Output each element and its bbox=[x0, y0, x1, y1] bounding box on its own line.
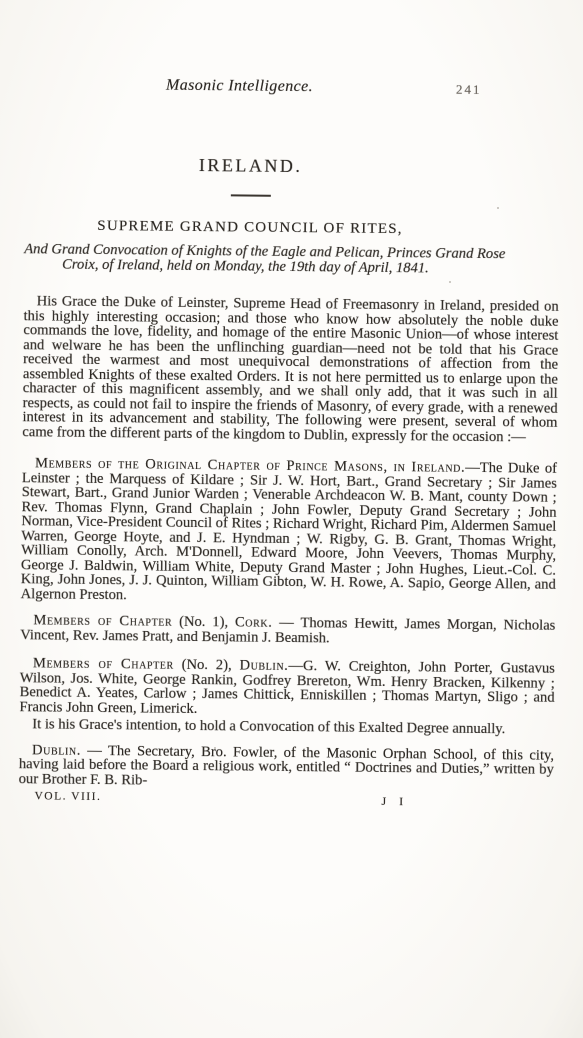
country-heading: IRELAND. bbox=[25, 153, 476, 179]
dublin-news-paragraph: Dublin. — The Secretary, Bro. Fowler, of… bbox=[19, 743, 554, 792]
running-head-title: Masonic Intelligence. bbox=[166, 77, 313, 97]
page-content: Masonic Intelligence. 241 IRELAND. SUPRE… bbox=[0, 0, 583, 1038]
chapter-dublin-paragraph: Members of Chapter (No. 2), Dublin.—G. W… bbox=[19, 656, 555, 720]
members-original-chapter-paragraph: Members of the Original Chapter of Princ… bbox=[21, 456, 557, 607]
page-footer: VOL. VIII. J I bbox=[18, 790, 553, 812]
article-heading: SUPREME GRAND COUNCIL OF RITES, bbox=[24, 217, 475, 239]
scan-speck bbox=[160, 224, 162, 226]
headings-column: IRELAND. SUPREME GRAND COUNCIL OF RITES, bbox=[24, 153, 476, 239]
dublin-news-body: — The Secretary, Bro. Fowler, of the Mas… bbox=[19, 742, 554, 788]
scanned-document-page: Masonic Intelligence. 241 IRELAND. SUPRE… bbox=[0, 0, 583, 1038]
chapter-cork-paragraph: Members of Chapter (No. 1), Cork. — Thom… bbox=[20, 613, 555, 648]
volume-label: VOL. VIII. bbox=[34, 790, 101, 803]
scan-speck bbox=[214, 747, 216, 749]
page-number: 241 bbox=[456, 82, 482, 98]
scan-speck bbox=[497, 207, 499, 209]
article-subheading: And Grand Convocation of Knights of the … bbox=[24, 242, 507, 277]
printers-signature-mark: J I bbox=[381, 794, 408, 809]
running-head: Masonic Intelligence. 241 bbox=[26, 75, 561, 101]
section-divider-rule bbox=[230, 194, 270, 196]
members-original-body: —The Duke of Leinster ; the Marquess of … bbox=[21, 460, 557, 603]
intention-paragraph: It is his Grace's intention, to hold a C… bbox=[19, 717, 554, 737]
scan-speck bbox=[449, 281, 451, 283]
intro-paragraph: His Grace the Duke of Leinster, Supreme … bbox=[22, 294, 558, 445]
